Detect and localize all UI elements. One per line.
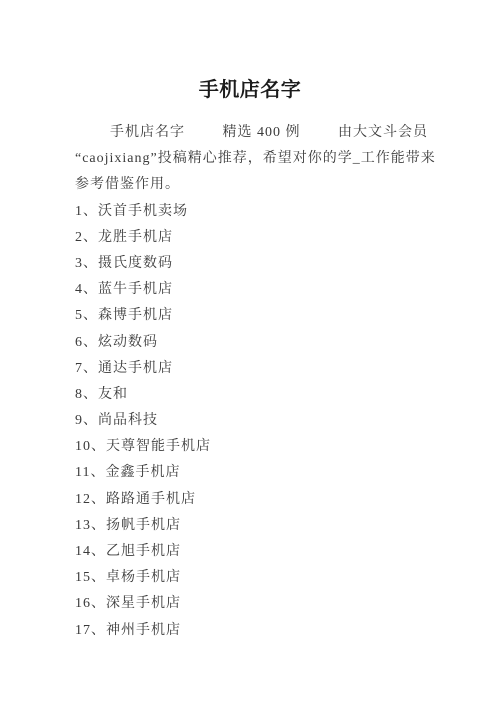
list-item: 5、森博手机店 [75,303,428,329]
list-item: 12、路路通手机店 [75,487,428,513]
document-page: 手机店名字 手机店名字 精选 400 例 由大文斗会员 “caojixiang”… [0,0,500,708]
list-item: 3、摄氏度数码 [75,251,428,277]
list-item: 8、友和 [75,382,428,408]
list-item: 10、天尊智能手机店 [75,434,428,460]
document-body: 手机店名字 精选 400 例 由大文斗会员 “caojixiang”投稿精心推荐… [0,120,500,644]
intro-line-2: “caojixiang”投稿精心推荐，希望对你的学_工作能带来 [75,146,428,172]
list-item: 2、龙胜手机店 [75,225,428,251]
list-item: 17、神州手机店 [75,618,428,644]
list-item: 4、蓝牛手机店 [75,277,428,303]
intro-segment-count: 精选 400 例 [223,120,301,146]
list-item: 1、沃首手机卖场 [75,199,428,225]
intro-segment-source: 由大文斗会员 [338,120,428,146]
list-item: 9、尚品科技 [75,408,428,434]
page-title: 手机店名字 [0,76,500,102]
list-item: 11、金鑫手机店 [75,460,428,486]
intro-line-3: 参考借鉴作用。 [75,172,428,198]
list-item: 6、炫动数码 [75,330,428,356]
intro-line-1: 手机店名字 精选 400 例 由大文斗会员 [75,120,428,146]
list-item: 7、通达手机店 [75,356,428,382]
list-item: 13、扬帆手机店 [75,513,428,539]
list-item: 14、乙旭手机店 [75,539,428,565]
list-item: 16、深星手机店 [75,591,428,617]
intro-segment-title: 手机店名字 [110,120,185,146]
list-item: 15、卓杨手机店 [75,565,428,591]
